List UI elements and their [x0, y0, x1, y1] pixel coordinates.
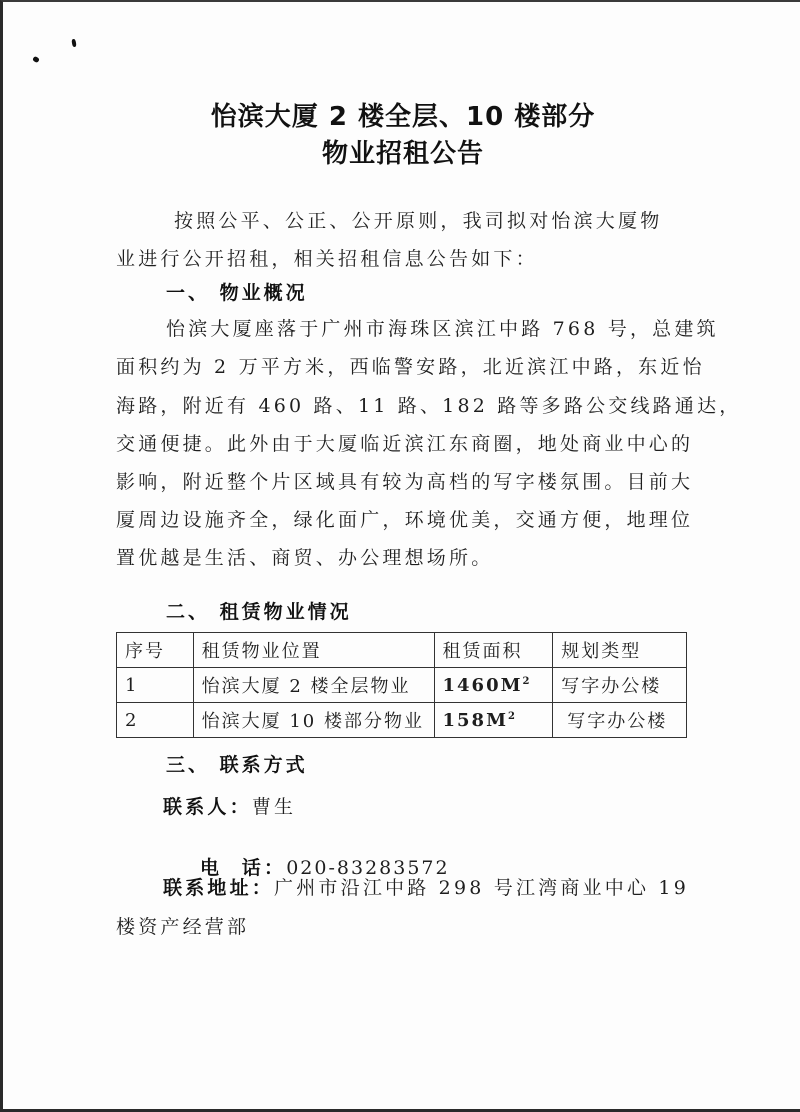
address-label: 联系地址： — [163, 877, 274, 899]
table-row: 1 怡滨大厦 2 楼全层物业 1460M2 写字办公楼 — [117, 668, 687, 703]
address-line-2: 楼资产经营部 — [116, 912, 691, 939]
header-cell-location: 租赁物业位置 — [193, 633, 434, 668]
cell-no: 2 — [117, 703, 194, 738]
area-value: 158M — [443, 710, 509, 731]
section1-line: 海路，附近有 460 路、11 路、182 路等多路公交线路通达， — [116, 391, 691, 418]
contact-person-label: 联系人： — [163, 796, 252, 818]
section2-heading: 二、 租赁物业情况 — [166, 597, 352, 624]
cell-no: 1 — [117, 668, 194, 703]
intro-line-1: 按照公平、公正、公开原则，我司拟对怡滨大厦物 — [174, 206, 749, 233]
section1-heading: 一、 物业概况 — [166, 278, 308, 305]
cell-type: 写字办公楼 — [553, 703, 687, 738]
rental-property-table: 序号 租赁物业位置 租赁面积 规划类型 1 怡滨大厦 2 楼全层物业 1460M… — [116, 632, 687, 738]
cell-area: 158M2 — [434, 703, 553, 738]
area-value: 1460M — [443, 675, 523, 696]
area-superscript: 2 — [508, 711, 517, 722]
section1-line: 面积约为 2 万平方米，西临警安路，北近滨江中路，东近怡 — [116, 352, 691, 379]
address-value: 广州市沿江中路 298 号江湾商业中心 19 — [274, 877, 689, 899]
cell-location: 怡滨大厦 10 楼部分物业 — [193, 703, 434, 738]
section1-line: 怡滨大厦座落于广州市海珠区滨江中路 768 号，总建筑 — [166, 314, 741, 341]
section1-line: 置优越是生活、商贸、办公理想场所。 — [116, 543, 691, 570]
area-superscript: 2 — [523, 676, 532, 687]
header-cell-type: 规划类型 — [553, 633, 687, 668]
table-row: 2 怡滨大厦 10 楼部分物业 158M2 写字办公楼 — [117, 703, 687, 738]
section1-line: 影响，附近整个片区域具有较为高档的写字楼氛围。目前大 — [116, 467, 691, 494]
section1-line: 厦周边设施齐全，绿化面广，环境优美，交通方便，地理位 — [116, 505, 691, 532]
contact-person-line: 联系人：曹生 — [163, 792, 738, 819]
document-title-line2: 物业招租公告 — [3, 133, 800, 170]
contact-person-value: 曹生 — [252, 796, 296, 818]
table-header-row: 序号 租赁物业位置 租赁面积 规划类型 — [117, 633, 687, 668]
scanned-document-page: 怡滨大厦 2 楼全层、10 楼部分 物业招租公告 按照公平、公正、公开原则，我司… — [0, 0, 800, 1112]
scan-speck — [71, 39, 76, 48]
header-cell-area: 租赁面积 — [434, 633, 553, 668]
document-title-line1: 怡滨大厦 2 楼全层、10 楼部分 — [3, 96, 800, 133]
cell-type: 写字办公楼 — [553, 668, 687, 703]
cell-area: 1460M2 — [434, 668, 553, 703]
intro-line-2: 业进行公开招租，相关招租信息公告如下： — [116, 244, 691, 271]
section3-heading: 三、 联系方式 — [166, 750, 308, 777]
section1-line: 交通便捷。此外由于大厦临近滨江东商圈，地处商业中心的 — [116, 429, 691, 456]
address-line-1: 联系地址：广州市沿江中路 298 号江湾商业中心 19 — [163, 873, 738, 900]
header-cell-no: 序号 — [117, 633, 194, 668]
scan-speck — [32, 56, 40, 63]
cell-location: 怡滨大厦 2 楼全层物业 — [193, 668, 434, 703]
